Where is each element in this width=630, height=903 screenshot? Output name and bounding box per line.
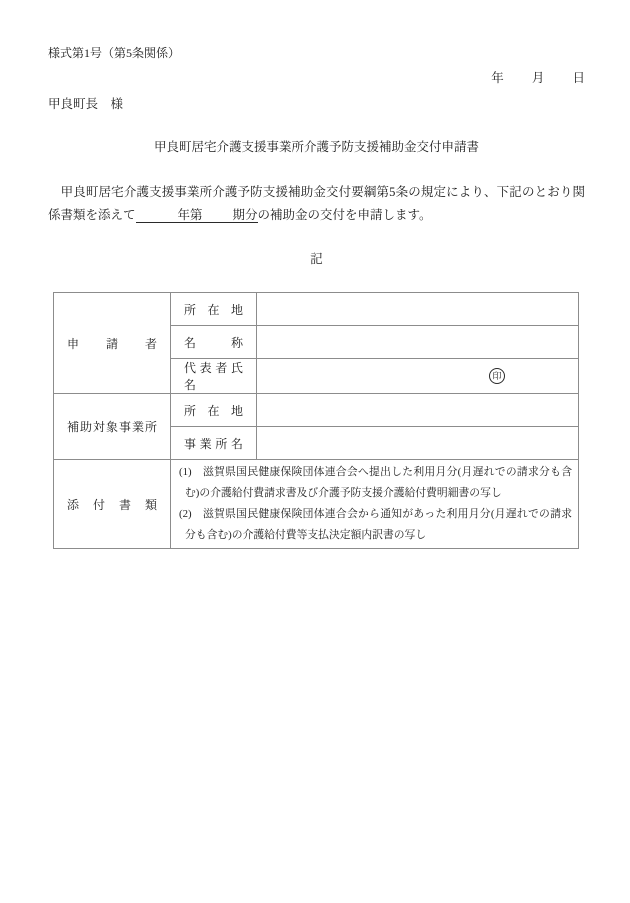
year-blank-field (136, 218, 178, 219)
applicant-name-label: 名称 (171, 326, 257, 359)
addressee: 甲良町長 様 (48, 97, 585, 112)
office-address-label: 所在地 (171, 394, 257, 427)
attachment-item-1: (1) 滋賀県国民健康保険団体連合会へ提出した利用月分(月遅れでの請求分も含む)… (179, 462, 572, 504)
date-line: 年 月 日 (48, 71, 585, 86)
table-row: 添付書類 (1) 滋賀県国民健康保険団体連合会へ提出した利用月分(月遅れでの請求… (54, 460, 579, 549)
office-name-label: 事業所名 (171, 427, 257, 460)
applicant-address-value (257, 293, 579, 326)
attachments-group-label: 添付書類 (54, 460, 171, 549)
application-statement: 甲良町居宅介護支援事業所介護予防支援補助金交付要綱第5条の規定により、下記のとお… (48, 181, 585, 227)
office-address-value (257, 394, 579, 427)
seal-mark: 印 (489, 368, 505, 384)
applicant-group-label: 申請者 (54, 293, 171, 394)
representative-name-value: 印 (257, 359, 579, 394)
date-day-label: 日 (572, 71, 585, 85)
period-blank-field (203, 218, 233, 219)
representative-name-label: 代表者氏名 (171, 359, 257, 394)
attachments-list: (1) 滋賀県国民健康保険団体連合会へ提出した利用月分(月遅れでの請求分も含む)… (171, 460, 579, 549)
application-table: 申請者 所在地 名称 代表者氏名 印 補助対象事業所 所在地 事業所名 添付書類… (53, 292, 579, 549)
date-year-label: 年 (491, 71, 504, 85)
applicant-name-value (257, 326, 579, 359)
subsidy-office-group-label: 補助対象事業所 (54, 394, 171, 460)
statement-after-blank: の補助金の交付を申請します。 (258, 208, 432, 222)
table-row: 申請者 所在地 (54, 293, 579, 326)
record-heading: 記 (48, 251, 585, 267)
period-suffix-label: 期分 (233, 208, 258, 222)
office-name-value (257, 427, 579, 460)
fill-in-line: 年第期分 (136, 208, 258, 223)
year-suffix-label: 年第 (178, 208, 203, 222)
applicant-address-label: 所在地 (171, 293, 257, 326)
document-page: 様式第1号（第5条関係） 年 月 日 甲良町長 様 甲良町居宅介護支援事業所介護… (0, 0, 630, 903)
document-title: 甲良町居宅介護支援事業所介護予防支援補助金交付申請書 (48, 139, 585, 156)
form-number: 様式第1号（第5条関係） (48, 46, 585, 61)
date-month-label: 月 (532, 71, 545, 85)
attachment-item-2: (2) 滋賀県国民健康保険団体連合会から通知があった利用月分(月遅れでの請求分も… (179, 504, 572, 546)
table-row: 補助対象事業所 所在地 (54, 394, 579, 427)
